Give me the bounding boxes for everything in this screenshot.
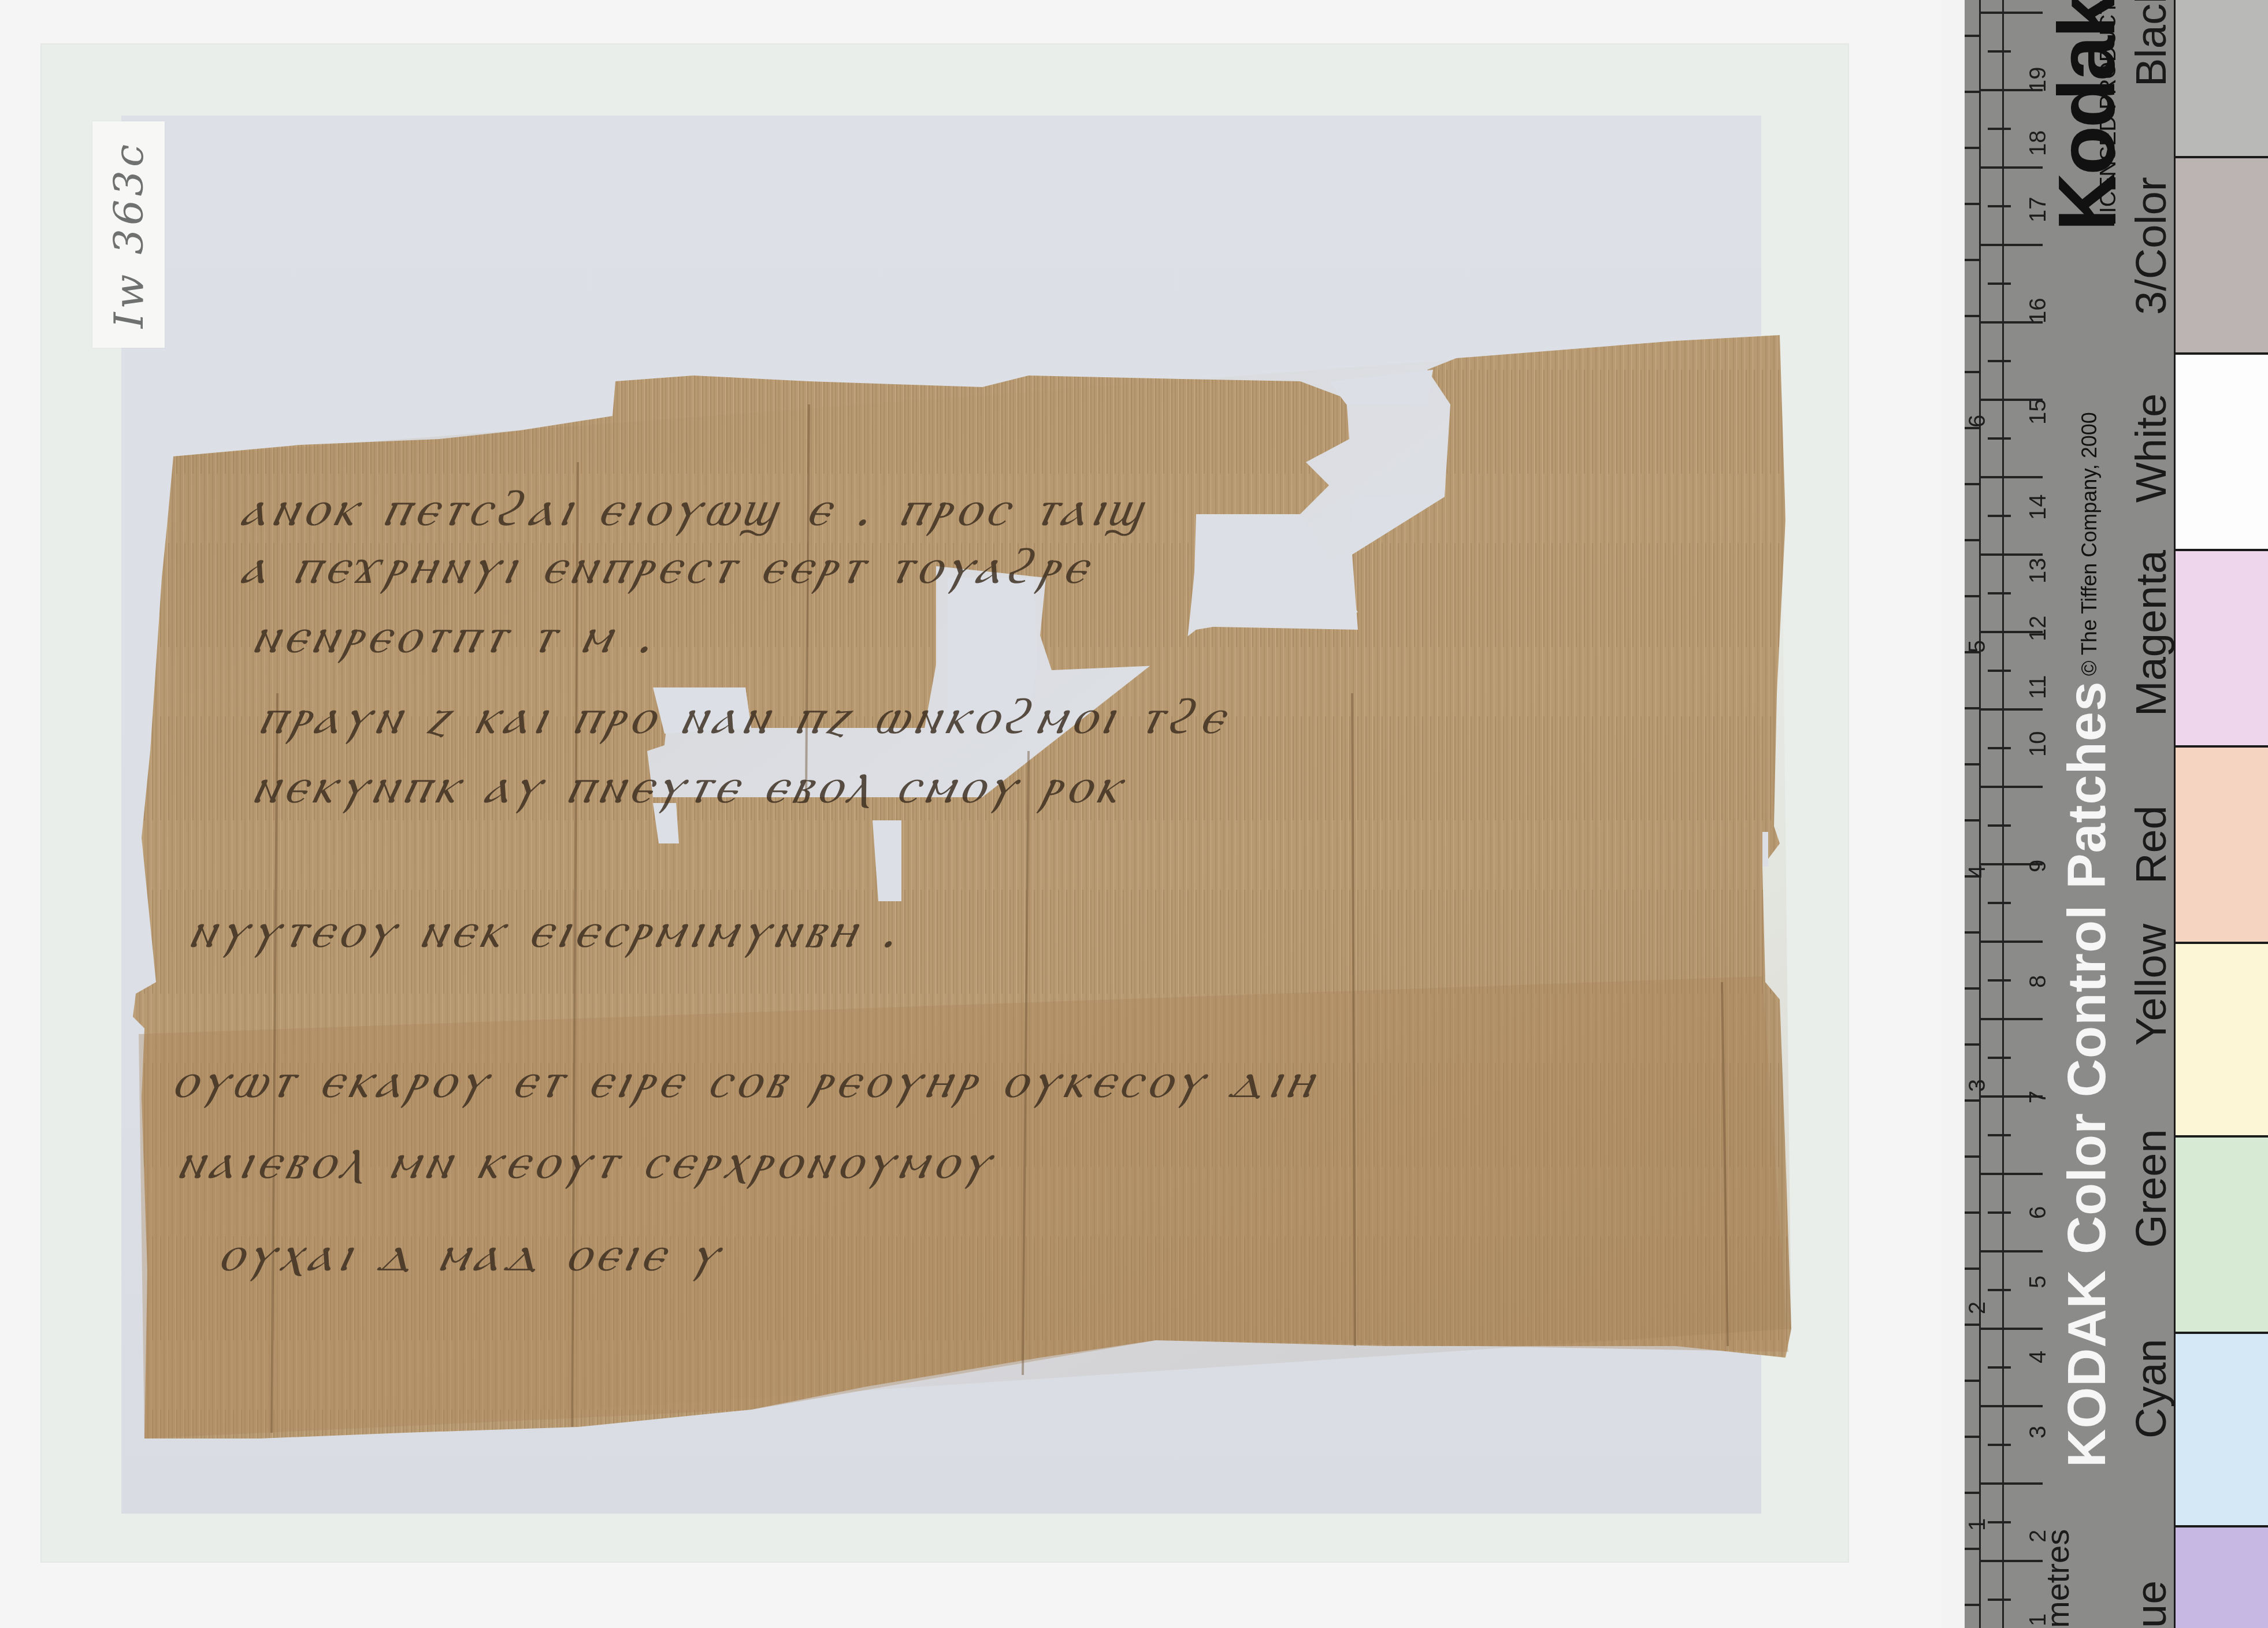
- color-patch-magenta: [2176, 549, 2268, 745]
- cm-7: 7: [2025, 1091, 2051, 1103]
- backing-sheet: [121, 116, 1761, 1514]
- cm-tick: [1988, 205, 2011, 207]
- color-patch-3color: [2176, 156, 2268, 352]
- color-patch-red: [2176, 745, 2268, 942]
- cm-16: 16: [2025, 298, 2051, 324]
- cm-tick: [1988, 515, 2011, 517]
- color-patch-blue: [2176, 1525, 2268, 1628]
- cm-9: 9: [2025, 860, 2051, 872]
- cm-tick: [1979, 786, 2043, 788]
- cm-12: 12: [2025, 616, 2051, 642]
- inch-tick: [1965, 315, 1981, 317]
- inch-tick: [1965, 1380, 1981, 1382]
- cm-14: 14: [2025, 495, 2051, 521]
- cm-6: 6: [2025, 1206, 2051, 1219]
- cm-tick: [1988, 670, 2011, 672]
- inch-tick: [1965, 987, 1981, 990]
- cm-tick: [1979, 553, 2043, 556]
- cm-tick: [1979, 1482, 2043, 1485]
- patch-label-white: White: [2126, 393, 2176, 503]
- patch-label-blue: ue: [2126, 1581, 2176, 1628]
- cm-tick: [1988, 437, 2011, 440]
- cm-tick: [1988, 1211, 2011, 1214]
- inch-tick: [1965, 1268, 1981, 1270]
- cm-tick: [1979, 166, 2043, 169]
- inch-tick: [1965, 147, 1981, 149]
- cm-tick: [1988, 1057, 2011, 1059]
- cm-tick: [1988, 1366, 2011, 1369]
- metres-label: metres: [2039, 1529, 2076, 1628]
- inch-tick: [1965, 91, 1981, 93]
- cm-tick: [1988, 592, 2011, 594]
- patch-label-cyan: Cyan: [2126, 1339, 2176, 1439]
- inch-tick: [1965, 1548, 1981, 1550]
- cm-tick: [1988, 747, 2011, 749]
- inch-5: 5: [1965, 640, 1991, 653]
- cm-tick: [1988, 1134, 2011, 1136]
- inch-tick: [1965, 539, 1981, 541]
- inch-1: 1: [1965, 1518, 1991, 1531]
- chart-left-margin: [1942, 0, 1965, 1628]
- cm-3: 3: [2025, 1426, 2051, 1439]
- cm-tick: [1979, 708, 2043, 711]
- cm-13: 13: [2025, 558, 2051, 584]
- cm-tick: [1979, 1405, 2043, 1407]
- cm-tick: [1979, 1328, 2043, 1330]
- cm-tick: [1979, 1018, 2043, 1020]
- cm-tick: [1988, 283, 2011, 285]
- cm-tick: [1988, 50, 2011, 53]
- copyright-text: © The Tiffen Company, 2000: [2077, 412, 2102, 676]
- inch-4: 4: [1965, 865, 1991, 878]
- inch-tick: [1965, 931, 1981, 934]
- inch-tick: [1965, 1324, 1981, 1326]
- inch-tick: [1965, 35, 1981, 37]
- patch-label-red: Red: [2126, 805, 2176, 884]
- cm-tick: [1979, 244, 2043, 246]
- cm-tick: [1988, 1289, 2011, 1291]
- inch-tick: [1965, 1436, 1981, 1438]
- inch-tick: [1965, 1155, 1981, 1158]
- inch-tick: [1965, 819, 1981, 822]
- cm-tick: [1979, 1560, 2043, 1562]
- cm-11: 11: [2025, 675, 2051, 699]
- specimen-label-text: Iw 363c: [105, 141, 153, 329]
- cm-tick: [1988, 128, 2011, 130]
- inch-tick: [1965, 1043, 1981, 1046]
- inch-tick: [1965, 483, 1981, 485]
- cm-tick: [1988, 1444, 2011, 1446]
- inch-tick: [1965, 707, 1981, 709]
- inch-tick: [1965, 1492, 1981, 1494]
- color-patch-cyan: [2176, 1332, 2268, 1525]
- cm-tick: [1979, 476, 2043, 478]
- inch-tick: [1965, 763, 1981, 765]
- color-patch-green: [2176, 1135, 2268, 1332]
- inch-tick: [1965, 259, 1981, 261]
- inch-tick: [1965, 371, 1981, 373]
- cm-tick: [1988, 902, 2011, 904]
- specimen-label: Iw 363c: [92, 121, 165, 348]
- cm-tick: [1988, 1521, 2011, 1523]
- inch-6: 6: [1965, 415, 1991, 428]
- cm-tick: [1979, 12, 2043, 14]
- color-patch-black: [2176, 0, 2268, 156]
- color-patch-white: [2176, 352, 2268, 549]
- kodak-title: KODAK Color Control Patches: [2057, 681, 2118, 1467]
- color-patch-yellow: [2176, 942, 2268, 1135]
- cm-5: 5: [2025, 1276, 2051, 1288]
- cm-tick: [1988, 1599, 2011, 1601]
- inch-tick: [1965, 1211, 1981, 1214]
- patch-label-black: Black: [2126, 0, 2176, 87]
- licensed-product-text: LICENSED PRODUCT: [2096, 1, 2121, 226]
- cm-tick: [1988, 824, 2011, 827]
- kodak-title-brand: KODAK: [2058, 1270, 2117, 1467]
- cm-tick: [1988, 360, 2011, 362]
- cm-tick: [1988, 979, 2011, 982]
- patch-label-magenta: Magenta: [2126, 550, 2176, 716]
- patch-label-3color: 3/Color: [2126, 177, 2176, 315]
- cm-tick: [1979, 1173, 2043, 1175]
- cm-10: 10: [2025, 731, 2051, 757]
- patch-label-green: Green: [2126, 1129, 2176, 1248]
- patch-label-yellow: Yellow: [2126, 924, 2176, 1046]
- cm-4: 4: [2025, 1351, 2051, 1363]
- inch-3: 3: [1965, 1079, 1991, 1092]
- cm-tick: [1979, 1250, 2043, 1252]
- cm-15: 15: [2025, 399, 2051, 425]
- inch-tick: [1965, 203, 1981, 205]
- cm-tick: [1979, 941, 2043, 943]
- inch-tick: [1965, 1099, 1981, 1102]
- kodak-title-rest: Color Control Patches: [2058, 681, 2117, 1254]
- inch-2: 2: [1965, 1302, 1991, 1314]
- inch-tick: [1965, 595, 1981, 597]
- inch-tick: [1965, 1604, 1981, 1606]
- cm-8: 8: [2025, 975, 2051, 988]
